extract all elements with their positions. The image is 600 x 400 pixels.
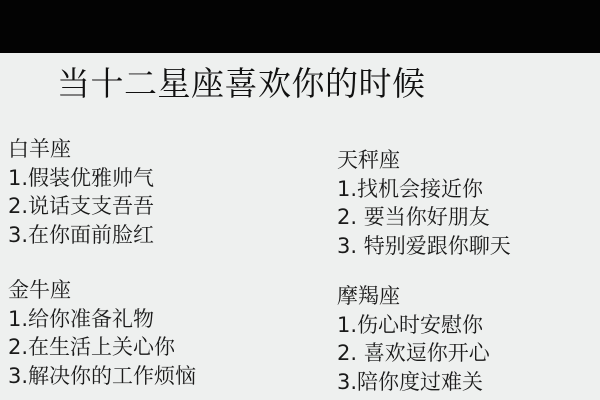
list-item: 3.在你面前脸红: [8, 221, 154, 250]
list-item: 1.找机会接近你: [337, 175, 511, 204]
section-aries: 白羊座 1.假装优雅帅气 2.说话支支吾吾 3.在你面前脸红: [8, 135, 154, 249]
section-capricorn: 摩羯座 1.伤心时安慰你 2. 喜欢逗你开心 3.陪你度过难关: [337, 282, 490, 396]
top-black-bar: [0, 0, 600, 53]
list-item: 3. 特别爱跟你聊天: [337, 232, 511, 261]
list-item: 3.解决你的工作烦恼: [8, 362, 196, 391]
section-taurus: 金牛座 1.给你准备礼物 2.在生活上关心你 3.解决你的工作烦恼: [8, 276, 196, 390]
list-item: 2. 要当你好朋友: [337, 203, 511, 232]
list-item: 2. 喜欢逗你开心: [337, 339, 490, 368]
list-item: 3.陪你度过难关: [337, 368, 490, 397]
section-heading: 摩羯座: [337, 282, 490, 311]
list-item: 1.假装优雅帅气: [8, 164, 154, 193]
section-libra: 天秤座 1.找机会接近你 2. 要当你好朋友 3. 特别爱跟你聊天: [337, 146, 511, 260]
list-item: 2.说话支支吾吾: [8, 192, 154, 221]
section-heading: 白羊座: [8, 135, 154, 164]
list-item: 1.给你准备礼物: [8, 305, 196, 334]
section-heading: 天秤座: [337, 146, 511, 175]
list-item: 2.在生活上关心你: [8, 333, 196, 362]
list-item: 1.伤心时安慰你: [337, 311, 490, 340]
page-title: 当十二星座喜欢你的时候: [57, 64, 426, 104]
section-heading: 金牛座: [8, 276, 196, 305]
